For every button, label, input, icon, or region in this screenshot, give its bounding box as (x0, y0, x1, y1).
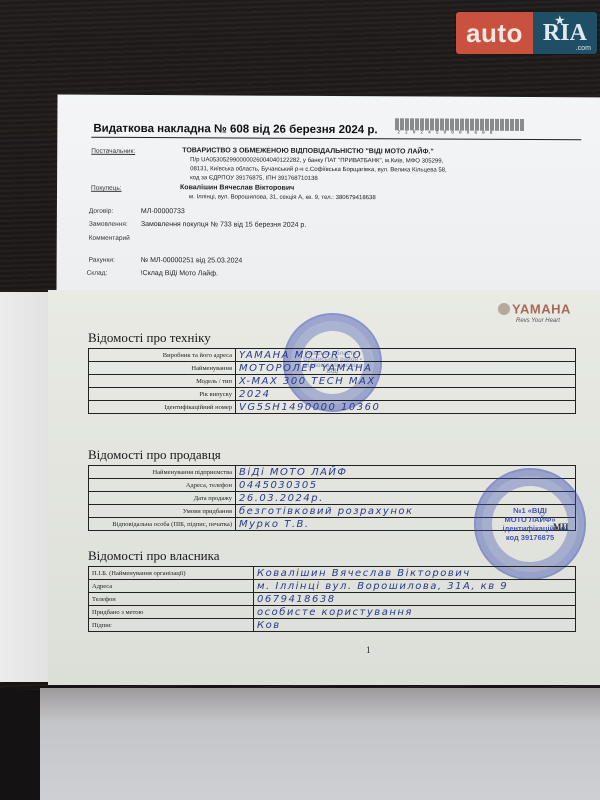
supplier-details-2: 08131, Київська область, Бучанський р-н … (190, 166, 447, 173)
owner-row-label: П.І.Б. (Найменування організації) (89, 567, 254, 580)
supplier-details-3: код за ЄДРПОУ 39176875, ІПН 391768710138 (190, 175, 318, 182)
watermark-ria: ★ RIA .com (533, 12, 597, 54)
invoice-sheet: Видаткова накладна № 608 від 26 березня … (56, 95, 600, 298)
owner-row-label: Підпис (89, 619, 254, 632)
invoice-title: Видаткова накладна № 608 від 26 березня … (93, 123, 377, 136)
vehicle-row-label: Модель / тип (89, 375, 236, 388)
star-icon: ★ (555, 14, 565, 27)
seller-section-title: Відомості про продавця (88, 447, 221, 463)
seller-row-label: Дата продажу (89, 492, 236, 505)
barcode-number: 2202450000608 (397, 130, 497, 136)
owner-row-handwritten-value: Ковалішин Вячеслав Вікторович (254, 567, 576, 580)
yamaha-wordmark: YAMAHA (512, 301, 571, 316)
vehicle-row: Рік випуску2024 (89, 388, 576, 401)
seller-row-label: Найменування підприємства (89, 466, 236, 479)
autoria-watermark: auto ★ RIA .com (456, 12, 597, 54)
vehicle-table: Виробник та його адресаYAMAHA MOTOR COНа… (88, 348, 576, 414)
owner-row: Придбано з метоюособисте користування (89, 606, 576, 619)
contract-label: Договір: (89, 208, 113, 215)
owner-row: Телефон0679418638 (89, 593, 576, 606)
vehicle-row-handwritten-value: 2024 (236, 388, 576, 401)
seller-row-label: Адреса, телефон (89, 479, 236, 492)
vehicle-row-handwritten-value: VG5SH1490000 10360 (236, 401, 576, 414)
contract-value: МЛ-00000733 (141, 208, 185, 215)
vehicle-row-label: Виробник та його адреса (89, 349, 236, 362)
owner-row-handwritten-value: 0679418638 (254, 593, 576, 606)
vehicle-row: Виробник та його адресаYAMAHA MOTOR CO (89, 349, 576, 362)
watermark-ria-text: RIA (543, 20, 587, 47)
buyer-name: Ковалішин Вячеслав Вікторович (180, 184, 294, 192)
owner-row-label: Телефон (89, 593, 254, 606)
owner-row: Адресам. Іллінці вул. Ворошилова, 31А, к… (89, 580, 576, 593)
buyer-label: Покупець: (91, 185, 122, 192)
vehicle-row-label: Рік випуску (89, 388, 236, 401)
buyer-address: м. Іллінці, вул. Ворошилова, 31, секція … (189, 194, 376, 201)
vehicle-row: НайменуванняМОТОРОЛЕР YAMAHA (89, 362, 576, 375)
owner-row: П.І.Б. (Найменування організації)Коваліш… (89, 567, 576, 580)
vehicle-row: Модель / типX-MAX 300 TECH MAX (89, 375, 576, 388)
watermark-auto: auto (456, 12, 533, 54)
supplier-details-1: П/р UA053052990000026004040122282, у бан… (190, 157, 443, 164)
supplier-label: Постачальник: (91, 148, 135, 155)
order-label: Замовлення: (89, 221, 128, 228)
bills-label: Рахунки: (89, 257, 115, 264)
comment-label: Комментарий (89, 235, 130, 242)
owner-section-title: Відомості про власника (88, 548, 220, 564)
owner-row-handwritten-value: Ков (254, 619, 576, 632)
warehouse-label: Склад: (87, 270, 108, 277)
barcode (395, 118, 525, 131)
bills-value: № МЛ-00000251 від 25.03.2024 (141, 257, 243, 265)
supplier-name: ТОВАРИСТВО З ОБМЕЖЕНОЮ ВІДПОВІДАЛЬНІСТЮ … (182, 147, 433, 155)
owner-row-label: Придбано з метою (89, 606, 254, 619)
round-stamp-2: №1 «ВІДІ МОТО ЛАЙФ» ідентифікаційний код… (474, 468, 586, 580)
vehicle-row-label: Ідентифікаційний номер (89, 401, 236, 414)
order-value: Замовлення покупця № 733 від 15 березня … (141, 221, 306, 229)
vehicle-section-title: Відомості про техніку (88, 330, 211, 346)
left-paper-edge (0, 292, 48, 682)
owner-row-handwritten-value: м. Іллінці вул. Ворошилова, 31А, кв 9 (254, 580, 576, 593)
vehicle-row-label: Найменування (89, 362, 236, 375)
seller-row-label: Відповідальна особа (ПІБ, підпис, печатк… (89, 518, 236, 531)
stamp-place-label: МП (553, 522, 569, 532)
owner-row: ПідписКов (89, 619, 576, 632)
title-rule (91, 137, 581, 141)
owner-row-handwritten-value: особисте користування (254, 606, 576, 619)
registration-page: YAMAHA Revs Your Heart Київська область … (48, 290, 600, 685)
page-number: 1 (366, 645, 371, 655)
vehicle-row-handwritten-value: YAMAHA MOTOR CO (236, 349, 576, 362)
lower-paper (40, 688, 600, 800)
vehicle-row: Ідентифікаційний номерVG5SH1490000 10360 (89, 401, 576, 414)
vehicle-row-handwritten-value: МОТОРОЛЕР YAMAHA (236, 362, 576, 375)
watermark-com: .com (576, 45, 591, 52)
owner-table: П.І.Б. (Найменування організації)Коваліш… (88, 566, 576, 632)
vehicle-row-handwritten-value: X-MAX 300 TECH MAX (236, 375, 576, 388)
yamaha-logo: YAMAHA Revs Your Heart (498, 300, 571, 324)
yamaha-slogan: Revs Your Heart (516, 318, 571, 324)
table-corner (0, 690, 40, 800)
warehouse-value: !Склад ВіДі Мото Лайф. (141, 270, 218, 277)
yamaha-emblem-icon (498, 303, 510, 315)
seller-row-label: Умови придбання (89, 505, 236, 518)
owner-row-label: Адреса (89, 580, 254, 593)
